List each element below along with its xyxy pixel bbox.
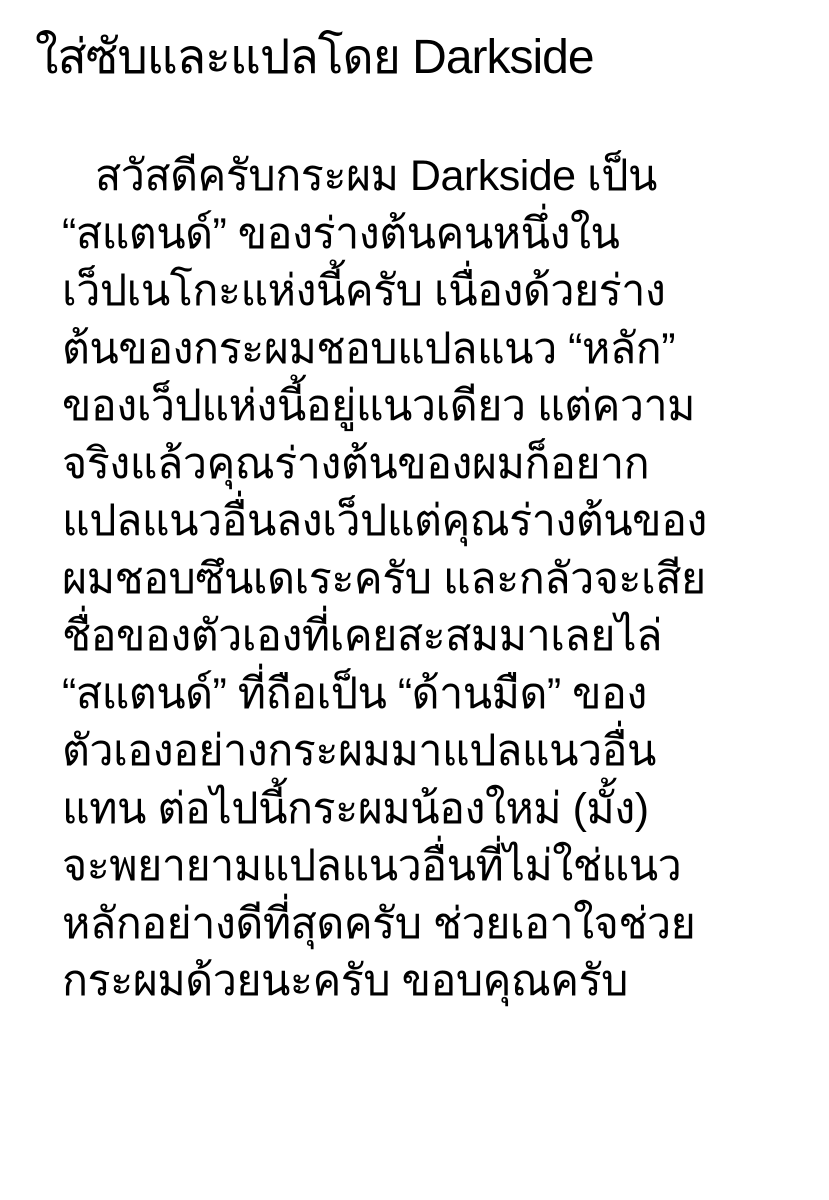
paragraph-line: สวัสดีครับกระผม Darkside เป็น <box>62 148 782 206</box>
paragraph-line: เว็ปเนโกะแห่งนี้ครับ เนื่องด้วยร่าง <box>62 263 782 321</box>
paragraph-line: “สแตนด์” ที่ถือเป็น “ด้านมืด” ของ <box>62 666 782 724</box>
paragraph-line: ตัวเองอย่างกระผมมาแปลแนวอื่น <box>62 723 782 781</box>
paragraph-line: ต้นของกระผมชอบแปลแนว “หลัก” <box>62 321 782 379</box>
page-title: ใส่ซับและแปลโดย Darkside <box>35 28 594 88</box>
translator-note-page: ใส่ซับและแปลโดย Darkside สวัสดีครับกระผม… <box>0 0 829 1200</box>
note-paragraph: สวัสดีครับกระผม Darkside เป็น “สแตนด์” ข… <box>62 148 782 1011</box>
paragraph-line: ผมชอบซึนเดเระครับ และกลัวจะเสีย <box>62 551 782 609</box>
paragraph-line: ของเว็ปแห่งนี้อยู่แนวเดียว แต่ความ <box>62 378 782 436</box>
paragraph-line: กระผมด้วยนะครับ ขอบคุณครับ <box>62 953 782 1011</box>
paragraph-line: “สแตนด์” ของร่างต้นคนหนึ่งใน <box>62 206 782 264</box>
paragraph-line: หลักอย่างดีที่สุดครับ ช่วยเอาใจช่วย <box>62 896 782 954</box>
paragraph-line: แปลแนวอื่นลงเว็ปแต่คุณร่างต้นของ <box>62 493 782 551</box>
paragraph-line: ชื่อของตัวเองที่เคยสะสมมาเลยไล่ <box>62 608 782 666</box>
paragraph-line: แทน ต่อไปนี้กระผมน้องใหม่ (มั้ง) <box>62 781 782 839</box>
paragraph-line: จะพยายามแปลแนวอื่นที่ไม่ใช่แนว <box>62 838 782 896</box>
paragraph-line: จริงแล้วคุณร่างต้นของผมก็อยาก <box>62 436 782 494</box>
